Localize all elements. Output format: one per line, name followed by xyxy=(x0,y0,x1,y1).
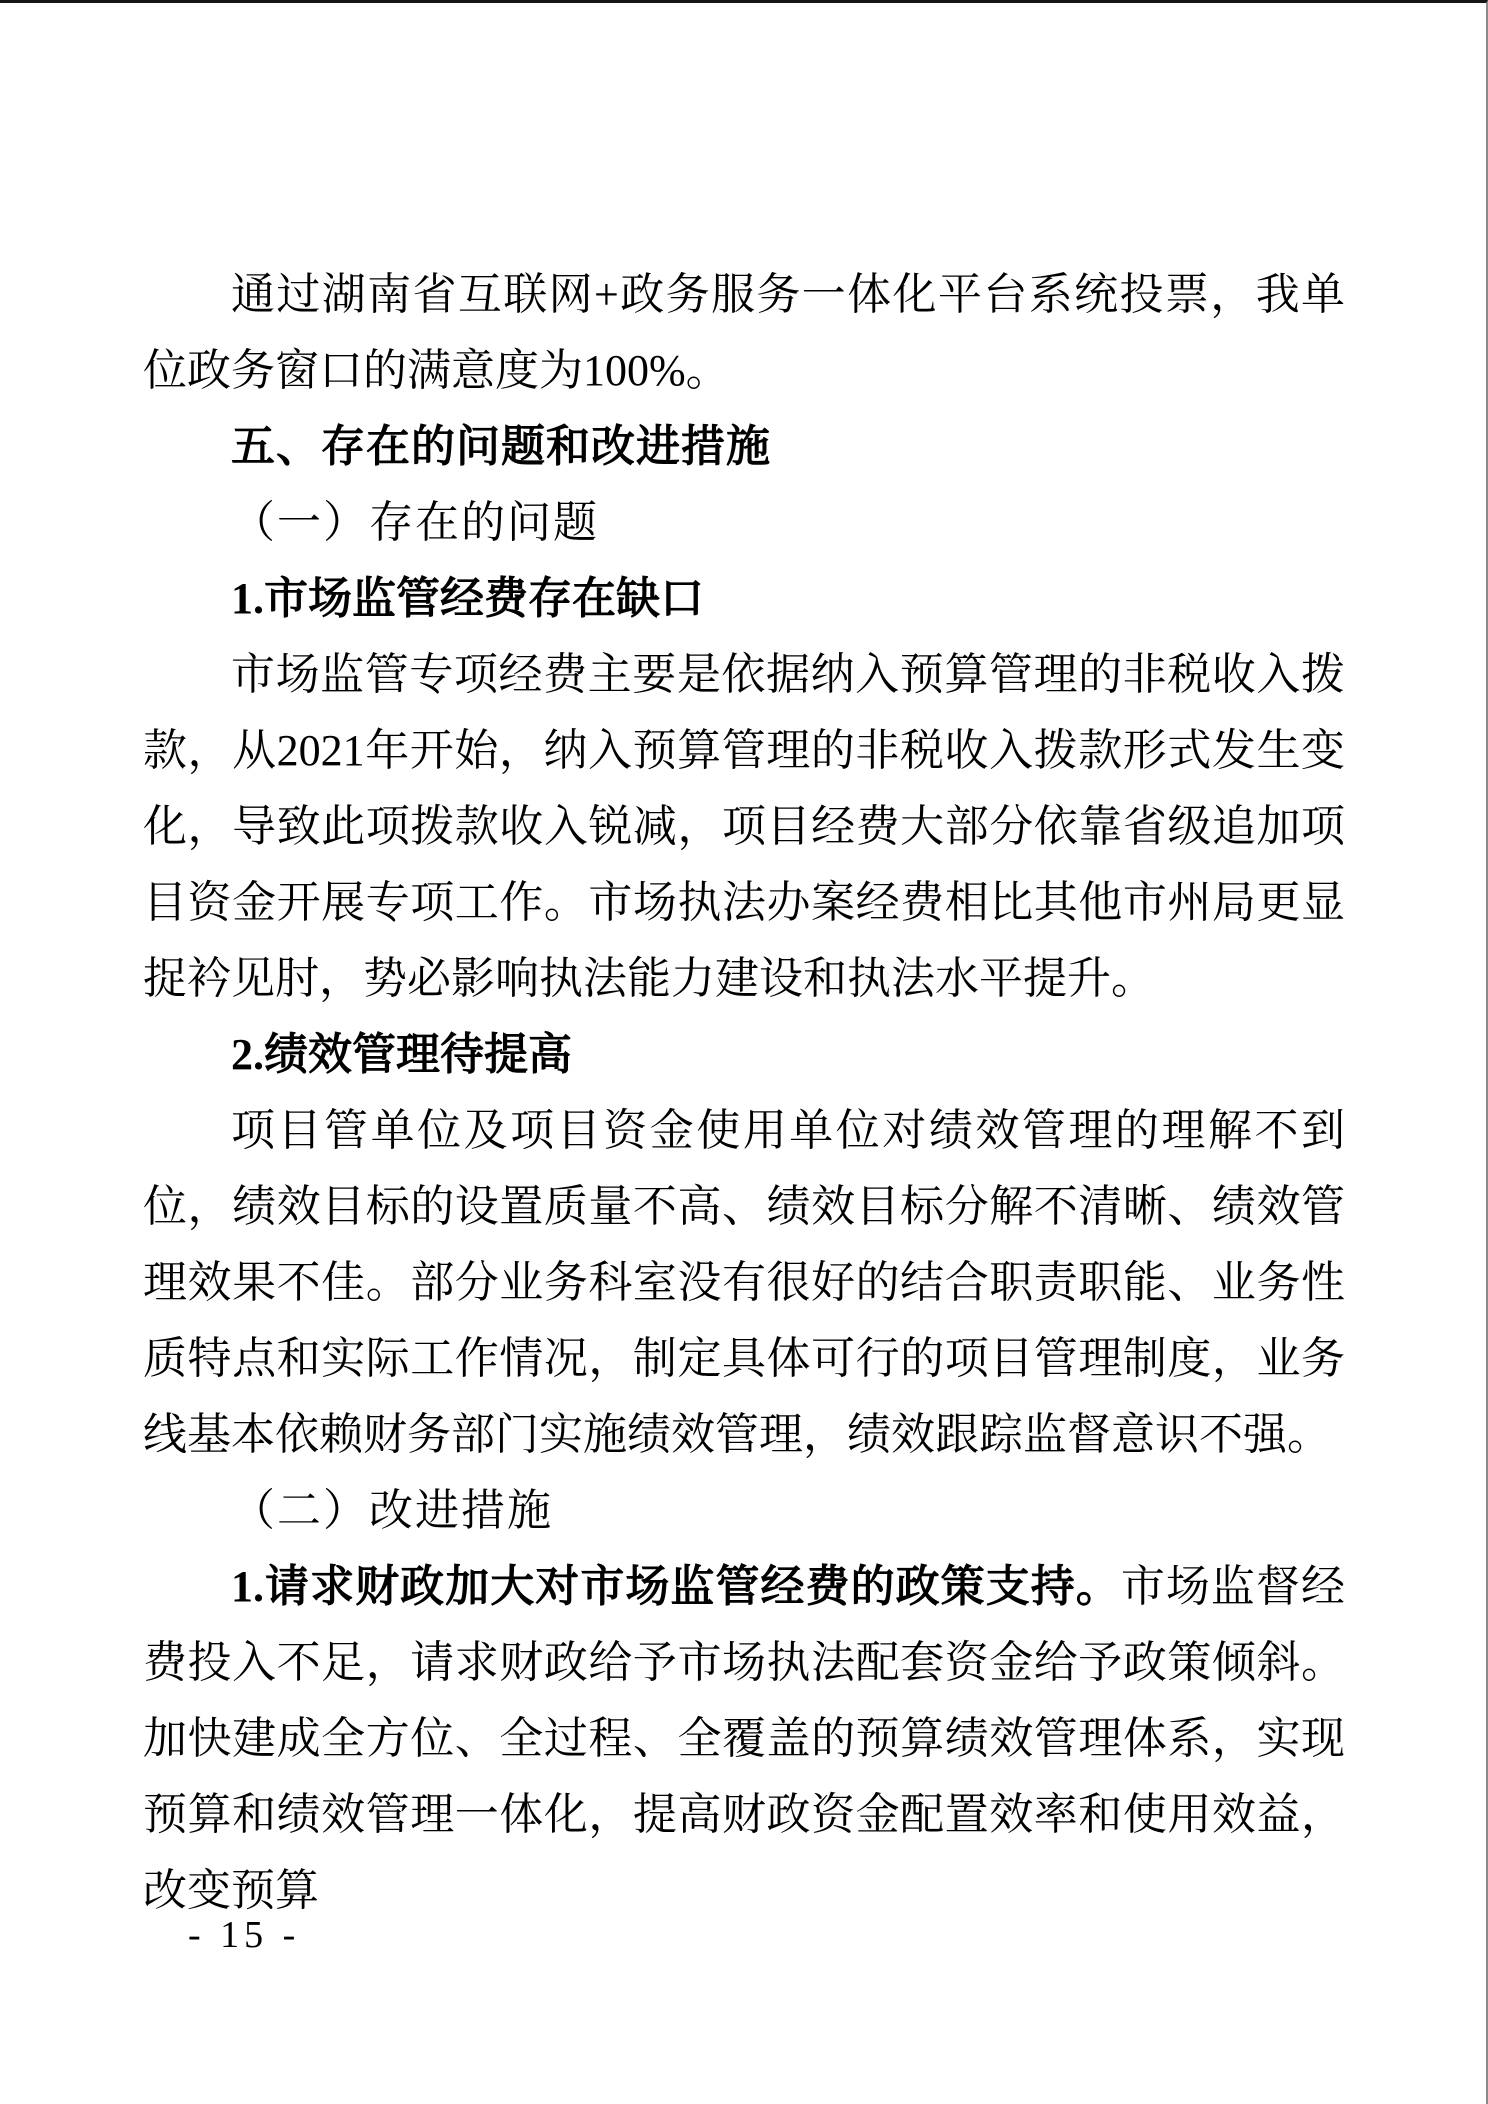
paragraph-satisfaction: 通过湖南省互联网+政务服务一体化平台系统投票，我单位政务窗口的满意度为100%。 xyxy=(143,257,1345,409)
measure-1-bold-lead: 1.请求财政加大对市场监管经费的政策支持。 xyxy=(231,1562,1121,1611)
page-number: - 15 - xyxy=(188,1911,300,1959)
paragraph-performance-management: 项目管单位及项目资金使用单位对绩效管理的理解不到位，绩效目标的设置质量不高、绩效… xyxy=(143,1093,1345,1473)
subheading-problem-2: 2.绩效管理待提高 xyxy=(143,1017,1345,1093)
subheading-existing-problems: （一）存在的问题 xyxy=(143,485,1345,561)
paragraph-funding-gap: 市场监管专项经费主要是依据纳入预算管理的非税收入拨款，从2021年开始，纳入预算… xyxy=(143,637,1345,1017)
paragraph-measure-1: 1.请求财政加大对市场监管经费的政策支持。市场监督经费投入不足，请求财政给予市场… xyxy=(143,1549,1345,1929)
document-body: 通过湖南省互联网+政务服务一体化平台系统投票，我单位政务窗口的满意度为100%。… xyxy=(143,257,1345,1929)
document-page: 通过湖南省互联网+政务服务一体化平台系统投票，我单位政务窗口的满意度为100%。… xyxy=(0,0,1488,2104)
measure-1-body-text: 市场监督经费投入不足，请求财政给予市场执法配套资金给予政策倾斜。加快建成全方位、… xyxy=(143,1562,1345,1915)
subheading-improvement-measures: （二）改进措施 xyxy=(143,1473,1345,1549)
subheading-problem-1: 1.市场监管经费存在缺口 xyxy=(143,561,1345,637)
heading-section-five: 五、存在的问题和改进措施 xyxy=(143,409,1345,485)
